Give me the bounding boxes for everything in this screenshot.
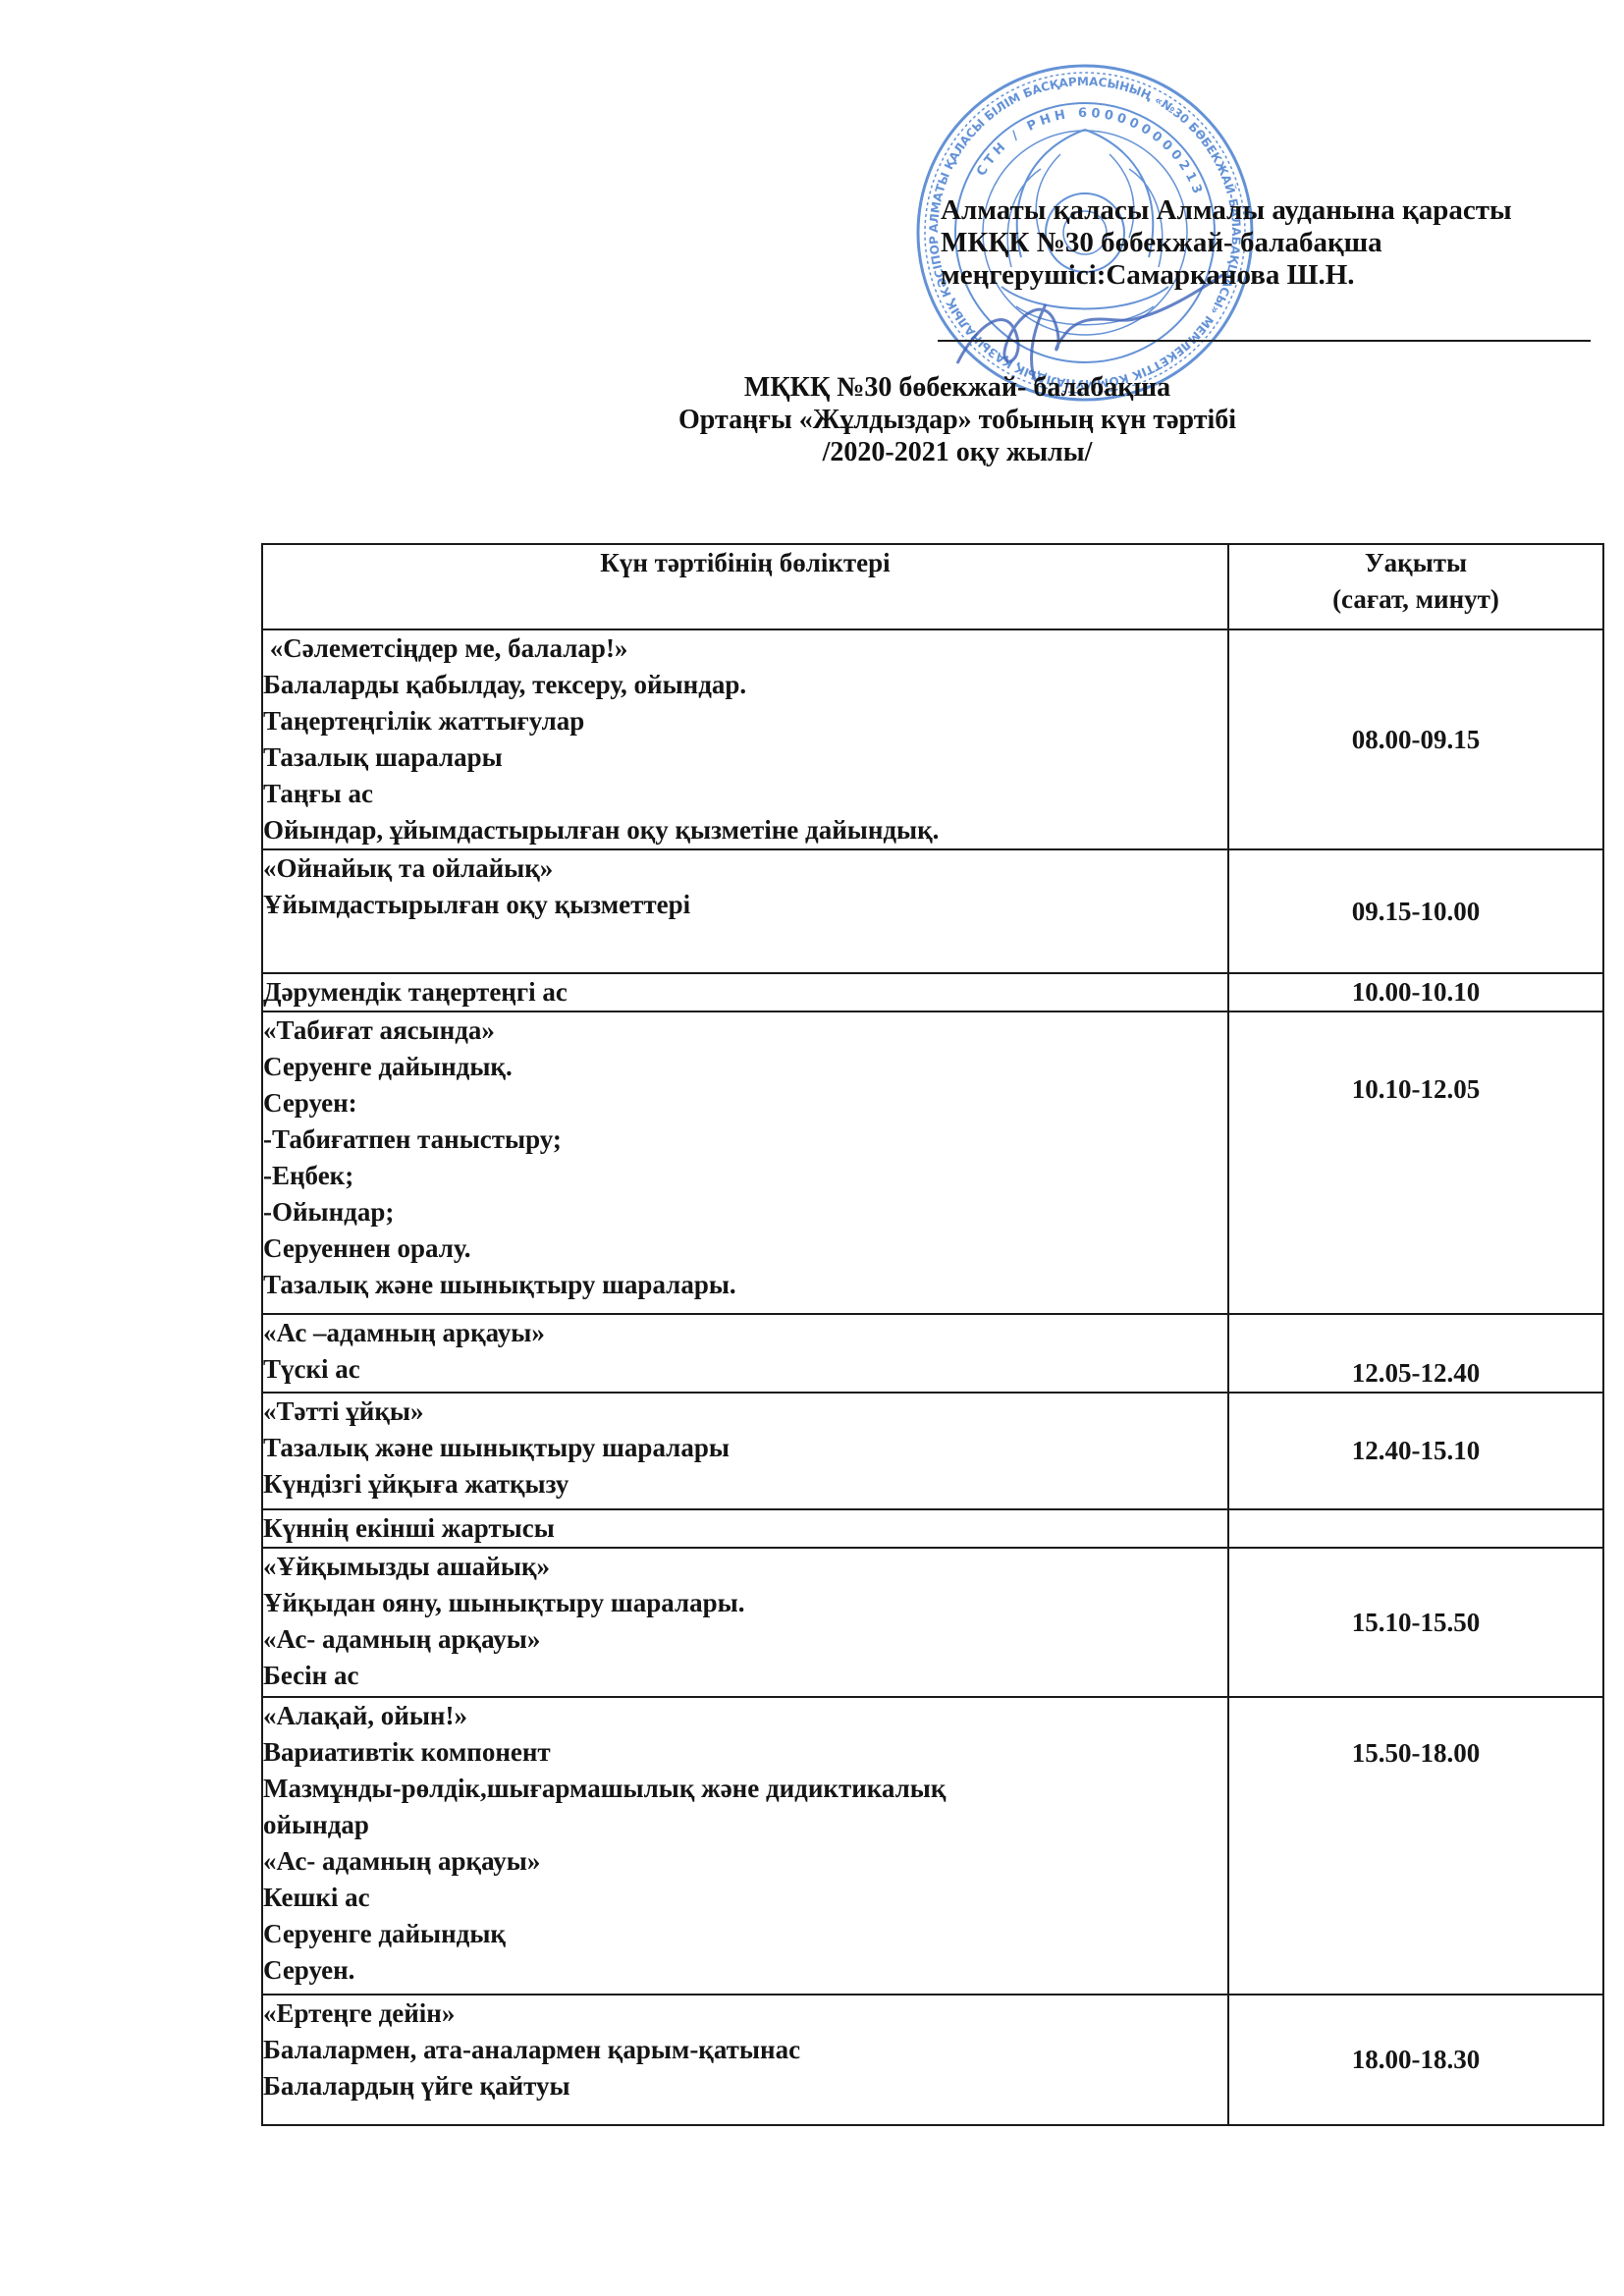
activity-cell: «Сәлеметсіңдер ме, балалар!»Балаларды қа… [262, 629, 1228, 849]
activity-line: «Сәлеметсіңдер ме, балалар!» [263, 630, 1227, 667]
activity-cell: «Тәтті ұйқы»Тазалық және шынықтыру шарал… [262, 1393, 1228, 1509]
activity-line: Вариативтік компонент [263, 1734, 1227, 1771]
activity-cell: «Алақай, ойын!»Вариативтік компонентМазм… [262, 1697, 1228, 1995]
activity-line: «Алақай, ойын!» [263, 1698, 1227, 1734]
time-cell: 10.10-12.05 [1228, 1011, 1603, 1314]
title-line-2: Ортаңғы «Жұлдыздар» тобының күн тәртібі [491, 404, 1424, 436]
time-range: 15.50-18.00 [1352, 1735, 1481, 1772]
table-header-row: Күн тәртібінің бөліктері Уақыты (сағат, … [262, 544, 1603, 629]
activity-line: Кешкі ас [263, 1880, 1227, 1916]
activity-line: -Ойындар; [263, 1194, 1227, 1230]
activity-line: Түскі ас [263, 1351, 1227, 1388]
time-range: 12.40-15.10 [1352, 1433, 1481, 1469]
table-row: Күннің екінші жартысы [262, 1509, 1603, 1548]
time-cell: 15.10-15.50 [1228, 1548, 1603, 1697]
activity-line: Серуен. [263, 1952, 1227, 1989]
activity-line: «Тәтті ұйқы» [263, 1394, 1227, 1430]
activity-line: Бесін ас [263, 1658, 1227, 1694]
activity-line: «Ас- адамның арқауы» [263, 1843, 1227, 1880]
activity-cell: Дәрумендік таңертеңгі ас [262, 973, 1228, 1011]
svg-text:СТН / РНН 600000000213: СТН / РНН 600000000213 [974, 106, 1206, 199]
time-cell: 09.15-10.00 [1228, 849, 1603, 973]
activity-line: Күндізгі ұйқыға жатқызу [263, 1466, 1227, 1503]
time-range: 15.10-15.50 [1352, 1605, 1481, 1641]
activity-line: «Ертеңге дейін» [263, 1995, 1227, 2032]
activity-line: Серуеннен оралу. [263, 1230, 1227, 1267]
activity-line: Таңғы ас [263, 776, 1227, 812]
time-cell [1228, 1509, 1603, 1548]
activity-line: Серуенге дайындық [263, 1916, 1227, 1952]
activity-line: Тазалық және шынықтыру шаралары. [263, 1267, 1227, 1303]
activity-line: ойындар [263, 1807, 1227, 1843]
table-row: Дәрумендік таңертеңгі ас10.00-10.10 [262, 973, 1603, 1011]
activity-line: Балалардың үйге қайтуы [263, 2068, 1227, 2105]
table-row: «Тәтті ұйқы»Тазалық және шынықтыру шарал… [262, 1393, 1603, 1509]
header-time: Уақыты (сағат, минут) [1228, 544, 1603, 629]
activity-line: Серуен: [263, 1085, 1227, 1121]
time-range: 09.15-10.00 [1352, 894, 1481, 930]
header-schedule-parts: Күн тәртібінің бөліктері [262, 544, 1228, 629]
table-row: «Алақай, ойын!»Вариативтік компонентМазм… [262, 1697, 1603, 1995]
time-cell: 12.05-12.40 [1228, 1314, 1603, 1393]
activity-line: Ұйымдастырылған оқу қызметтері [263, 887, 1227, 923]
daily-schedule-table: Күн тәртібінің бөліктері Уақыты (сағат, … [261, 543, 1604, 2126]
activity-cell: «Ертеңге дейін»Балалармен, ата-аналармен… [262, 1995, 1228, 2125]
header-time-units: (сағат, минут) [1229, 581, 1602, 618]
activity-line: Дәрумендік таңертеңгі ас [263, 974, 1227, 1011]
activity-line: «Ас –адамның арқауы» [263, 1315, 1227, 1351]
activity-line: Балаларды қабылдау, тексеру, ойындар. [263, 667, 1227, 703]
table-row: «Ұйқымызды ашайық»Ұйқыдан ояну, шынықтыр… [262, 1548, 1603, 1697]
activity-line: -Еңбек; [263, 1158, 1227, 1194]
activity-line: Таңертеңгілік жаттығулар [263, 703, 1227, 739]
time-cell: 15.50-18.00 [1228, 1697, 1603, 1995]
time-range: 12.05-12.40 [1352, 1355, 1481, 1392]
stamp-inner-text: СТН / РНН 600000000213 [974, 106, 1206, 199]
table-row: «Сәлеметсіңдер ме, балалар!»Балаларды қа… [262, 629, 1603, 849]
title-line-3: /2020-2021 оқу жылы/ [491, 436, 1424, 468]
approval-line: меңгерушісі:Самарканова Ш.Н. [941, 259, 1618, 292]
time-range: 08.00-09.15 [1352, 722, 1481, 758]
activity-line: «Ұйқымызды ашайық» [263, 1549, 1227, 1585]
activity-line: Ойындар, ұйымдастырылған оқу қызметіне д… [263, 812, 1227, 848]
activity-line: Ұйқыдан ояну, шынықтыру шаралары. [263, 1585, 1227, 1621]
document-title: МҚКҚ №30 бөбекжай- балабақша Ортаңғы «Жұ… [491, 371, 1424, 468]
time-range: 18.00-18.30 [1352, 2042, 1481, 2078]
activity-line: «Табиғат аясында» [263, 1012, 1227, 1049]
signature-line [938, 340, 1591, 342]
time-range: 10.10-12.05 [1352, 1071, 1481, 1108]
activity-line: «Ойнайық та ойлайық» [263, 850, 1227, 887]
activity-cell: «Ойнайық та ойлайық»Ұйымдастырылған оқу … [262, 849, 1228, 973]
activity-cell: «Ас –адамның арқауы»Түскі ас [262, 1314, 1228, 1393]
time-cell: 08.00-09.15 [1228, 629, 1603, 849]
time-cell: 18.00-18.30 [1228, 1995, 1603, 2125]
table-row: «Табиғат аясында»Серуенге дайындық.Серуе… [262, 1011, 1603, 1314]
activity-line: Мазмұнды-рөлдік,шығармашылық және дидикт… [263, 1771, 1227, 1807]
activity-cell: «Ұйқымызды ашайық»Ұйқыдан ояну, шынықтыр… [262, 1548, 1228, 1697]
title-line-1: МҚКҚ №30 бөбекжай- балабақша [491, 371, 1424, 404]
activity-line: Балалармен, ата-аналармен қарым-қатынас [263, 2032, 1227, 2068]
activity-cell: Күннің екінші жартысы [262, 1509, 1228, 1548]
activity-cell: «Табиғат аясында»Серуенге дайындық.Серуе… [262, 1011, 1228, 1314]
activity-line: Күннің екінші жартысы [263, 1510, 1227, 1547]
table-row: «Ас –адамның арқауы»Түскі ас12.05-12.40 [262, 1314, 1603, 1393]
table-row: «Ертеңге дейін»Балалармен, ата-аналармен… [262, 1995, 1603, 2125]
activity-line: Тазалық шаралары [263, 739, 1227, 776]
activity-line: «Ас- адамның арқауы» [263, 1621, 1227, 1658]
approval-line: Алматы қаласы Алмалы ауданына қарасты [941, 194, 1618, 227]
table-row: «Ойнайық та ойлайық»Ұйымдастырылған оқу … [262, 849, 1603, 973]
approval-line: МКҚК №30 бөбекжай- балабақша [941, 227, 1618, 259]
time-cell: 10.00-10.10 [1228, 973, 1603, 1011]
time-range: 10.00-10.10 [1352, 974, 1481, 1011]
activity-line: Серуенге дайындық. [263, 1049, 1227, 1085]
header-time-label: Уақыты [1229, 545, 1602, 581]
approval-block: Алматы қаласы Алмалы ауданына қарасты МК… [941, 194, 1618, 292]
activity-line: -Табиғатпен таныстыру; [263, 1121, 1227, 1158]
time-cell: 12.40-15.10 [1228, 1393, 1603, 1509]
activity-line: Тазалық және шынықтыру шаралары [263, 1430, 1227, 1466]
